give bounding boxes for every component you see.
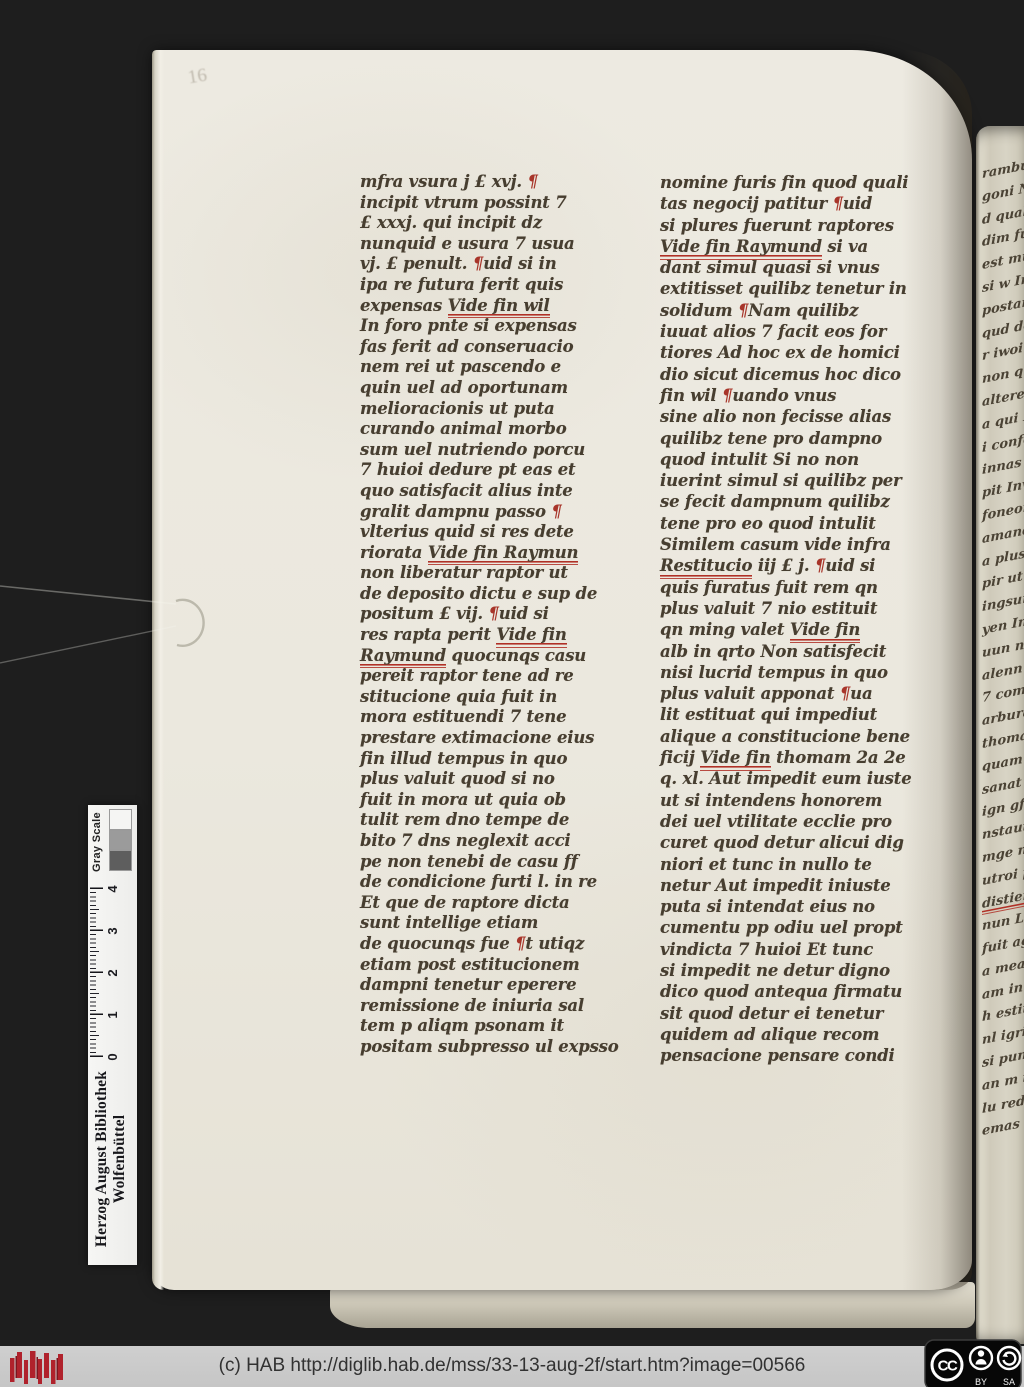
rubric-paragraph-mark: ¶ — [528, 172, 538, 191]
rubricated-citation: Vide fin Raymun — [428, 543, 579, 566]
ruler-number: 0 — [105, 1050, 120, 1064]
manuscript-line: Raymund quocunqs casu — [360, 646, 652, 667]
rubric-paragraph-mark: ¶ — [738, 301, 748, 320]
manuscript-line: fin illud tempus in quo — [360, 749, 652, 770]
manuscript-line: stitucione quia fuit in — [360, 687, 652, 708]
rubric-paragraph-mark: ¶ — [515, 934, 525, 953]
ruler-number: 4 — [105, 882, 120, 896]
manuscript-line: remissione de iniuria sal — [360, 996, 652, 1017]
manuscript-line: res rapta perit Vide fin — [360, 625, 652, 646]
institution-line1: Herzog August Bibliothek — [93, 1055, 111, 1263]
gray-scale-patch — [109, 830, 132, 851]
rubricated-citation: Raymund — [360, 646, 446, 669]
manuscript-line: quin uel ad oportunam — [360, 378, 652, 399]
manuscript-line: sunt intellige etiam — [360, 913, 652, 934]
rubric-paragraph-mark: ¶ — [840, 684, 850, 703]
gray-scale-ruler: Herzog August Bibliothek Wolfenbüttel 01… — [88, 805, 137, 1265]
institution-line2: Wolfenbüttel — [111, 1055, 129, 1263]
gray-scale-patch — [109, 809, 132, 830]
gray-scale-patches — [109, 809, 132, 871]
manuscript-column-left: mfra vsura j £ xvj. ¶incipit vtrum possi… — [360, 172, 652, 1058]
manuscript-line: nem rei ut pascendo e — [360, 357, 652, 378]
rubric-paragraph-mark: ¶ — [722, 386, 732, 405]
manuscript-line: curando animal morbo — [360, 419, 652, 440]
manuscript-line: 7 huioi dedure pt eas et — [360, 460, 652, 481]
manuscript-line: etiam post estitucionem — [360, 955, 652, 976]
manuscript-line: nunquid e usura 7 usua — [360, 234, 652, 255]
rubricated-citation: Vide fin wil — [448, 296, 550, 319]
rubric-paragraph-mark: ¶ — [551, 502, 561, 521]
manuscript-line: fas ferit ad conseruacio — [360, 337, 652, 358]
rubric-paragraph-mark: ¶ — [473, 254, 483, 273]
manuscript-line: pe non tenebi de casu ff — [360, 852, 652, 873]
binding-gutter-shadow — [902, 50, 972, 1290]
folio-pencil-mark: 16 — [186, 65, 208, 90]
institution-label: Herzog August Bibliothek Wolfenbüttel — [93, 1055, 129, 1263]
ruler-number: 1 — [105, 1008, 120, 1022]
rubricated-citation: Vide fin — [496, 625, 566, 648]
svg-text:CC: CC — [938, 1358, 958, 1375]
manuscript-line: gralit dampnu passo ¶ — [360, 502, 652, 523]
manuscript-line: non liberatur raptor ut — [360, 563, 652, 584]
manuscript-line: £ xxxj. qui incipit dz — [360, 213, 652, 234]
ruler-ticks-cm — [90, 885, 103, 1057]
manuscript-line: In foro pnte si expensas — [360, 316, 652, 337]
manuscript-line: pereit raptor tene ad re — [360, 666, 652, 687]
manuscript-line: fuit in mora ut quia ob — [360, 790, 652, 811]
manuscript-line: expensas Vide fin wil — [360, 296, 652, 317]
manuscript-line: positam subpresso ul expsso — [360, 1037, 652, 1058]
manuscript-line: vlterius quid si res dete — [360, 522, 652, 543]
manuscript-line: dampni tenetur eperere — [360, 975, 652, 996]
manuscript-line: tulit rem dno tempe de — [360, 810, 652, 831]
digitized-manuscript-viewer: { "footer": { "copyright": "(c) HAB http… — [0, 0, 1024, 1387]
manuscript-line: tem p aliqm psonam it — [360, 1016, 652, 1037]
svg-text:BY: BY — [975, 1378, 987, 1387]
rubricated-citation: Restitucio — [660, 556, 752, 579]
manuscript-line: de quocunqs fue ¶t utiqz — [360, 934, 652, 955]
rubric-paragraph-mark: ¶ — [815, 556, 825, 575]
manuscript-line: de deposito dictu e sup de — [360, 584, 652, 605]
cc-by-sa-badge: CC BY SA — [924, 1339, 1022, 1387]
manuscript-line: riorata Vide fin Raymun — [360, 543, 652, 564]
manuscript-line: positum £ vij. ¶uid si — [360, 604, 652, 625]
rubricated-citation: Vide fin — [790, 620, 860, 643]
manuscript-line: mfra vsura j £ xvj. ¶ — [360, 172, 652, 193]
manuscript-line: incipit vtrum possint 7 — [360, 193, 652, 214]
gray-scale-label: Gray Scale — [91, 805, 103, 879]
manuscript-line: de condicione furti l. in re — [360, 872, 652, 893]
footer-bar: (c) HAB http://diglib.hab.de/mss/33-13-a… — [0, 1346, 1024, 1387]
manuscript-line: quo satisfacit alius inte — [360, 481, 652, 502]
ruler-number: 2 — [105, 966, 120, 980]
manuscript-line: Et que de raptore dicta — [360, 893, 652, 914]
manuscript-line: plus valuit quod si no — [360, 769, 652, 790]
next-page-clipped-text: rambus 7pgoni Nond qualemdim fuit cest m… — [982, 140, 1024, 1144]
svg-text:SA: SA — [1003, 1378, 1015, 1387]
copyright-url-text: (c) HAB http://diglib.hab.de/mss/33-13-a… — [0, 1355, 1024, 1377]
manuscript-line: sum uel nutriendo porcu — [360, 440, 652, 461]
manuscript-line: melioracionis ut puta — [360, 399, 652, 420]
manuscript-line: prestare extimacione eius — [360, 728, 652, 749]
next-page-edge: rambus 7pgoni Nond qualemdim fuit cest m… — [976, 126, 1024, 1344]
page-left-stacked-edges — [152, 50, 164, 1290]
manuscript-line: ipa re futura ferit quis — [360, 275, 652, 296]
ruler-strip: Herzog August Bibliothek Wolfenbüttel 01… — [88, 805, 137, 1265]
manuscript-line: mora estituendi 7 tene — [360, 707, 652, 728]
rubric-paragraph-mark: ¶ — [833, 194, 843, 213]
rubric-paragraph-mark: ¶ — [488, 604, 498, 623]
manuscript-page: 16 mfra vsura j £ xvj. ¶incipit vtrum po… — [152, 50, 972, 1290]
manuscript-line: vj. £ penult. ¶uid si in — [360, 254, 652, 275]
gray-scale-patch — [109, 850, 132, 871]
ruler-number: 3 — [105, 924, 120, 938]
manuscript-line: bito 7 dns neglexit acci — [360, 831, 652, 852]
